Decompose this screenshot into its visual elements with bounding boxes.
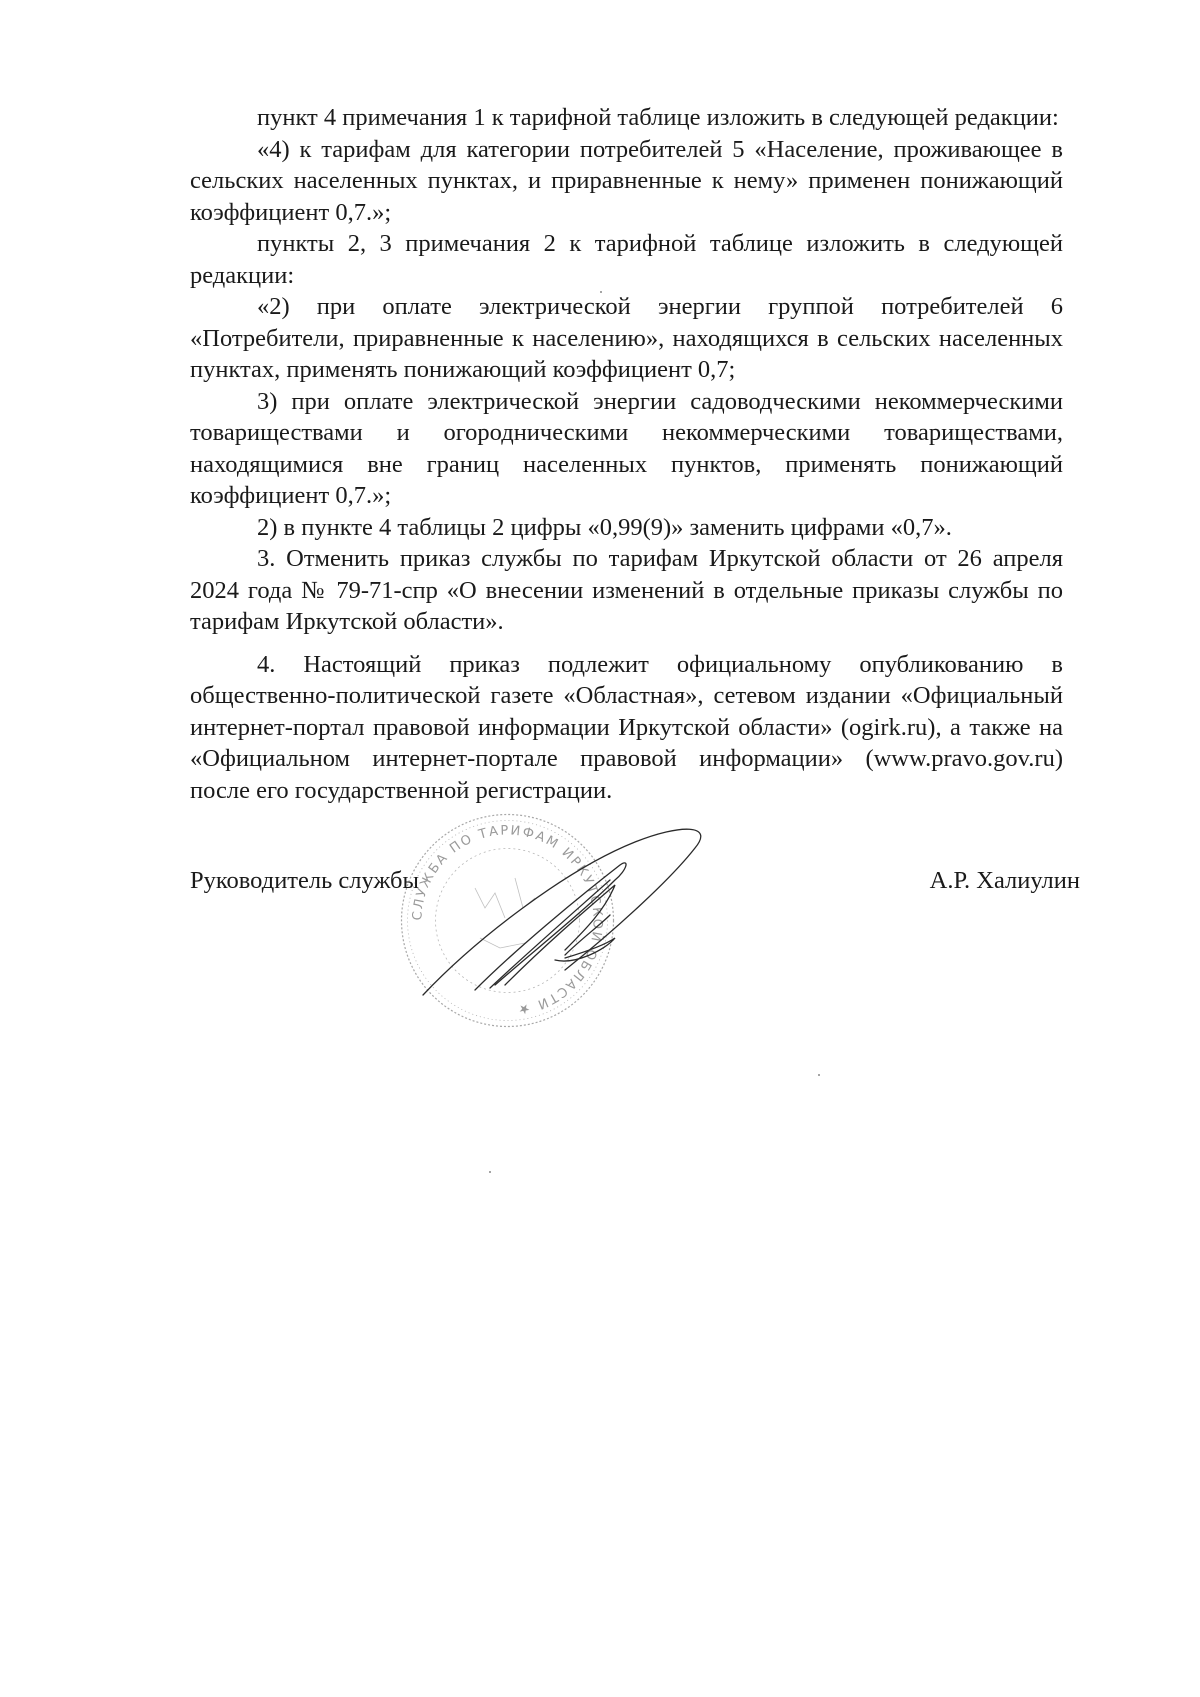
signatory-name: А.Р. Халиулин (930, 865, 1080, 896)
scan-speck (600, 291, 602, 293)
scan-speck (818, 1074, 820, 1076)
paragraph-table2-change: 2) в пункте 4 таблицы 2 цифры «0,99(9)» … (190, 512, 1063, 544)
paragraph-note2-item2: «2) при оплате электрической энергии гру… (190, 291, 1063, 386)
signatory-title: Руководитель службы (190, 865, 419, 896)
document-page: пункт 4 примечания 1 к тарифной таблице … (0, 0, 1200, 1697)
paragraph-note1-item4: «4) к тарифам для категории потребителей… (190, 134, 1063, 229)
handwritten-signature-icon (415, 820, 715, 1000)
paragraph-note2-item3: 3) при оплате электрической энергии садо… (190, 386, 1063, 512)
paragraph-note1-intro: пункт 4 примечания 1 к тарифной таблице … (190, 102, 1063, 134)
scan-speck (489, 1171, 491, 1173)
paragraph-note2-intro: пункты 2, 3 примечания 2 к тарифной табл… (190, 228, 1063, 291)
paragraph-cancel-order: 3. Отменить приказ службы по тарифам Ирк… (190, 543, 1063, 638)
paragraph-publication: 4. Настоящий приказ подлежит официальном… (190, 649, 1063, 807)
document-body: пункт 4 примечания 1 к тарифной таблице … (190, 102, 1063, 806)
